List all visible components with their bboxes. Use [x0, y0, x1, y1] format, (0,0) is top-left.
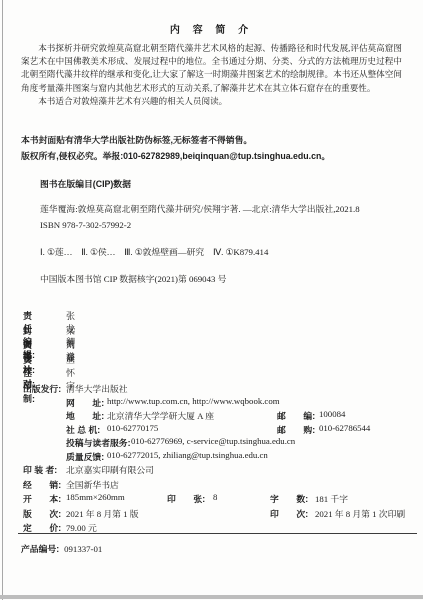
- publisher-name: 清华大学出版社: [66, 382, 128, 395]
- intro-heading: 内 容 简 介: [0, 21, 423, 36]
- edition-label: 版 次:: [23, 507, 61, 520]
- product-number-label: 产品编号:: [21, 544, 59, 554]
- switchboard-value: 010-62770175: [107, 423, 158, 433]
- intro-paragraph-1: 本书探析并研究敦煌莫高窟北朝至隋代藻井艺术风格的起源、传播路径和时代发展,评估莫…: [21, 42, 402, 95]
- copyright-page: 内 容 简 介 本书探析并研究敦煌莫高窟北朝至隋代藻井艺术风格的起源、传播路径和…: [0, 0, 423, 600]
- scan-edge-left: [2, 0, 3, 600]
- anti-piracy-line-2: 版权所有,侵权必究。举报:010-62782989,beiqinquan@tup…: [21, 149, 411, 165]
- format-value: 185mm×260mm: [66, 492, 125, 502]
- printer-label: 印 装 者:: [23, 463, 57, 476]
- words-label: 字 数:: [270, 492, 308, 505]
- mailorder-label: 邮 购:: [277, 423, 315, 436]
- product-number-row: 产品编号:091337-01: [21, 542, 102, 555]
- publisher-label: 出版发行:: [23, 382, 61, 395]
- cip-classification: Ⅰ. ①莲… Ⅱ. ①侯… Ⅲ. ①敦煌壁画—研究 Ⅳ. ①K879.414: [40, 245, 268, 258]
- switchboard-label: 社 总 机:: [66, 423, 100, 436]
- intro-body: 本书探析并研究敦煌莫高窟北朝至隋代藻井艺术风格的起源、传播路径和时代发展,评估莫…: [21, 42, 402, 108]
- distributor-value: 全国新华书店: [66, 478, 119, 491]
- mailorder-value: 010-62786544: [319, 423, 370, 433]
- address-value: 北京清华大学学研大厦 A 座: [107, 409, 214, 422]
- address-label: 地 址:: [66, 409, 104, 422]
- intro-paragraph-2: 本书适合对敦煌藻井艺术有兴趣的相关人员阅读。: [21, 95, 402, 108]
- reader-service-value: 010-62776969, c-service@tup.tsinghua.edu…: [131, 436, 295, 446]
- print-supervisor-label: 责任印制:: [23, 353, 35, 405]
- impression-value: 2021 年 8 月第 1 次印刷: [315, 507, 405, 520]
- website-value: http://www.tup.com.cn, http://www.wqbook…: [107, 396, 280, 406]
- website-label: 网 址:: [66, 396, 104, 409]
- feedback-value: 010-62772015, zhiliang@tup.tsinghua.edu.…: [107, 450, 268, 460]
- divider-rule: [18, 533, 417, 534]
- scan-edge-bottom: [0, 595, 423, 599]
- cip-heading: 图书在版编目(CIP)数据: [40, 177, 131, 190]
- impression-label: 印 次:: [270, 507, 308, 520]
- printer-value: 北京嘉实印刷有限公司: [66, 463, 154, 476]
- anti-piracy-line-1: 本书封面贴有清华大学出版社防伪标签,无标签者不得销售。: [21, 133, 411, 149]
- feedback-label: 质量反馈:: [66, 450, 104, 463]
- sheets-label: 印 张:: [167, 492, 205, 505]
- sheets-value: 8: [213, 492, 217, 502]
- edition-value: 2021 年 8 月第 1 版: [66, 507, 139, 520]
- product-number-value: 091337-01: [64, 544, 102, 554]
- format-label: 开 本:: [23, 492, 61, 505]
- cip-isbn: ISBN 978-7-302-57992-2: [40, 220, 131, 230]
- cip-entry: 莲华覆海:敦煌莫高窟北朝至隋代藻井研究/侯翔宇著. —北京:清华大学出版社,20…: [40, 202, 360, 215]
- postcode-value: 100084: [319, 409, 345, 419]
- anti-piracy-notice: 本书封面贴有清华大学出版社防伪标签,无标签者不得销售。 版权所有,侵权必究。举报…: [21, 133, 411, 164]
- reader-service-label: 投稿与读者服务:: [66, 436, 131, 449]
- words-value: 181 千字: [315, 492, 348, 505]
- cip-record-number: 中国版本图书馆 CIP 数据核字(2021)第 069043 号: [40, 272, 226, 285]
- distributor-label: 经 销:: [23, 478, 61, 491]
- postcode-label: 邮 编:: [277, 409, 315, 422]
